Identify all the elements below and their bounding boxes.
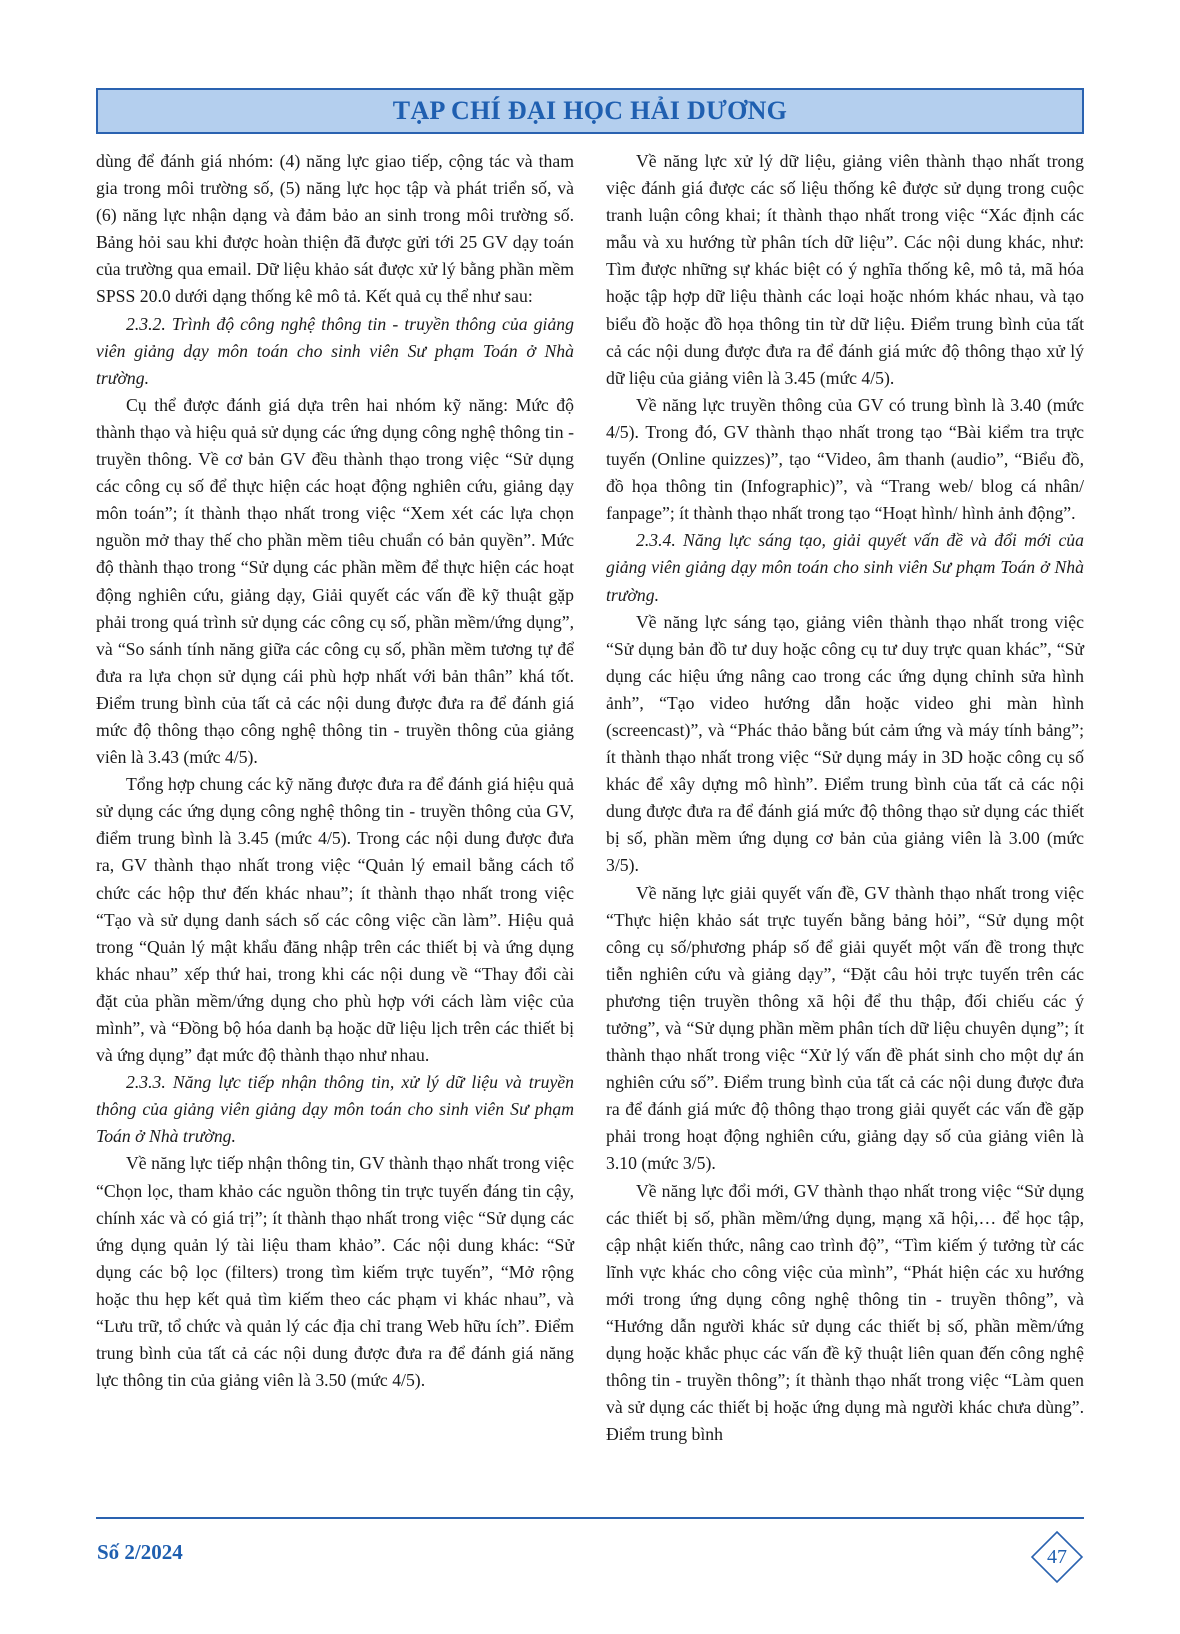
journal-title: TẠP CHÍ ĐẠI HỌC HẢI DƯƠNG (393, 96, 787, 126)
issue-number: Số 2/2024 (97, 1540, 183, 1565)
body-paragraph: Về năng lực đổi mới, GV thành thạo nhất … (606, 1178, 1084, 1449)
body-paragraph: Tổng hợp chung các kỹ năng được đưa ra đ… (96, 771, 574, 1069)
page-number-badge: 47 (1030, 1530, 1084, 1584)
section-heading-2-3-4: 2.3.4. Năng lực sáng tạo, giải quyết vấn… (606, 527, 1084, 608)
journal-header-band: TẠP CHÍ ĐẠI HỌC HẢI DƯƠNG (96, 88, 1084, 134)
body-paragraph: Về năng lực tiếp nhận thông tin, GV thàn… (96, 1150, 574, 1394)
section-heading-2-3-3: 2.3.3. Năng lực tiếp nhận thông tin, xử … (96, 1069, 574, 1150)
right-column: Về năng lực xử lý dữ liệu, giảng viên th… (606, 148, 1084, 1449)
body-paragraph: Về năng lực xử lý dữ liệu, giảng viên th… (606, 148, 1084, 392)
footer-divider (96, 1517, 1084, 1519)
body-paragraph: Về năng lực giải quyết vấn đề, GV thành … (606, 880, 1084, 1178)
section-heading-2-3-2: 2.3.2. Trình độ công nghệ thông tin - tr… (96, 311, 574, 392)
body-paragraph: dùng để đánh giá nhóm: (4) năng lực giao… (96, 148, 574, 311)
left-column: dùng để đánh giá nhóm: (4) năng lực giao… (96, 148, 574, 1394)
body-paragraph: Cụ thể được đánh giá dựa trên hai nhóm k… (96, 392, 574, 771)
body-paragraph: Về năng lực truyền thông của GV có trung… (606, 392, 1084, 527)
body-paragraph: Về năng lực sáng tạo, giảng viên thành t… (606, 609, 1084, 880)
page-number: 47 (1030, 1530, 1084, 1584)
